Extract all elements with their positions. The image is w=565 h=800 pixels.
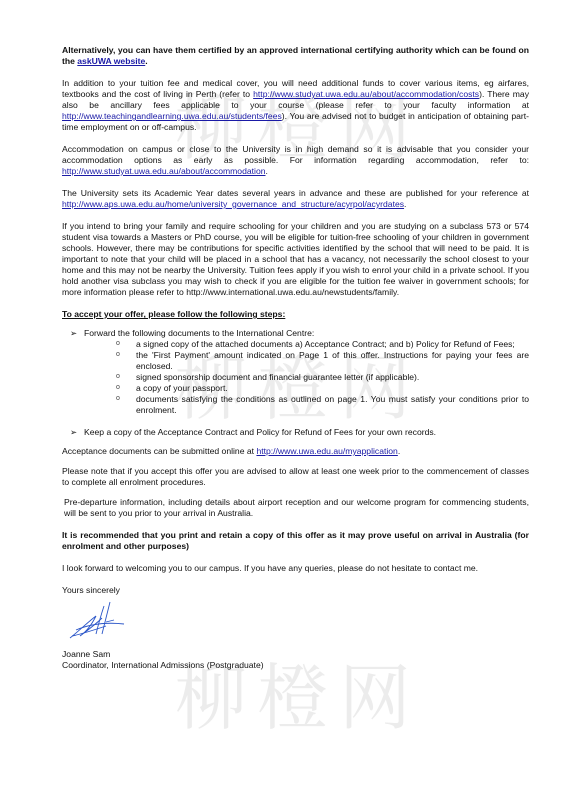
document-item: oa signed copy of the attached documents…	[114, 339, 529, 350]
pre-departure-paragraph: Pre-departure information, including det…	[62, 497, 529, 519]
academic-dates-link[interactable]: http://www.aps.uwa.edu.au/home/universit…	[62, 199, 404, 209]
circle-bullet-icon: o	[116, 371, 120, 382]
document-item: odocuments satisfying the conditions as …	[114, 394, 529, 416]
academic-year-paragraph: The University sets its Academic Year da…	[62, 188, 529, 210]
accommodation-link[interactable]: http://www.studyat.uwa.edu.au/about/acco…	[62, 166, 266, 176]
circle-bullet-icon: o	[116, 393, 120, 404]
online-submission-paragraph: Acceptance documents can be submitted on…	[62, 446, 529, 457]
arrow-bullet-icon: ➢	[70, 328, 77, 339]
steps-heading: To accept your offer, please follow the …	[62, 309, 529, 320]
askuwa-link[interactable]: askUWA website	[77, 56, 145, 66]
arrow-bullet-icon: ➢	[70, 427, 77, 438]
circle-bullet-icon: o	[116, 382, 120, 393]
step-item: ➢ Forward the following documents to the…	[62, 328, 529, 416]
funds-paragraph: In addition to your tuition fee and medi…	[62, 78, 529, 133]
enrolment-note-paragraph: Please note that if you accept this offe…	[62, 466, 529, 488]
documents-sublist: oa signed copy of the attached documents…	[84, 339, 529, 416]
closing-salutation: Yours sincerely	[62, 585, 529, 596]
step-item: ➢ Keep a copy of the Acceptance Contract…	[62, 427, 529, 438]
signatory-title: Coordinator, International Admissions (P…	[62, 660, 529, 671]
accommodation-paragraph: Accommodation on campus or close to the …	[62, 144, 529, 177]
letter-page: Alternatively, you can have them certifi…	[62, 45, 529, 671]
myapplication-link[interactable]: http://www.uwa.edu.au/myapplication	[256, 446, 397, 456]
signature-image	[66, 600, 126, 644]
document-item: osigned sponsorship document and financi…	[114, 372, 529, 383]
circle-bullet-icon: o	[116, 338, 120, 349]
family-schooling-paragraph: If you intend to bring your family and r…	[62, 221, 529, 298]
accommodation-costs-link[interactable]: http://www.studyat.uwa.edu.au/about/acco…	[253, 89, 479, 99]
steps-list: ➢ Forward the following documents to the…	[62, 328, 529, 438]
circle-bullet-icon: o	[116, 349, 120, 360]
document-item: oa copy of your passport.	[114, 383, 529, 394]
signatory-name: Joanne Sam	[62, 649, 529, 660]
faculty-fees-link[interactable]: http://www.teachingandlearning.uwa.edu.a…	[62, 111, 282, 121]
closing-paragraph: I look forward to welcoming you to our c…	[62, 563, 529, 574]
retain-copy-paragraph: It is recommended that you print and ret…	[62, 530, 529, 552]
document-item: othe 'First Payment' amount indicated on…	[114, 350, 529, 372]
certification-paragraph: Alternatively, you can have them certifi…	[62, 45, 529, 67]
